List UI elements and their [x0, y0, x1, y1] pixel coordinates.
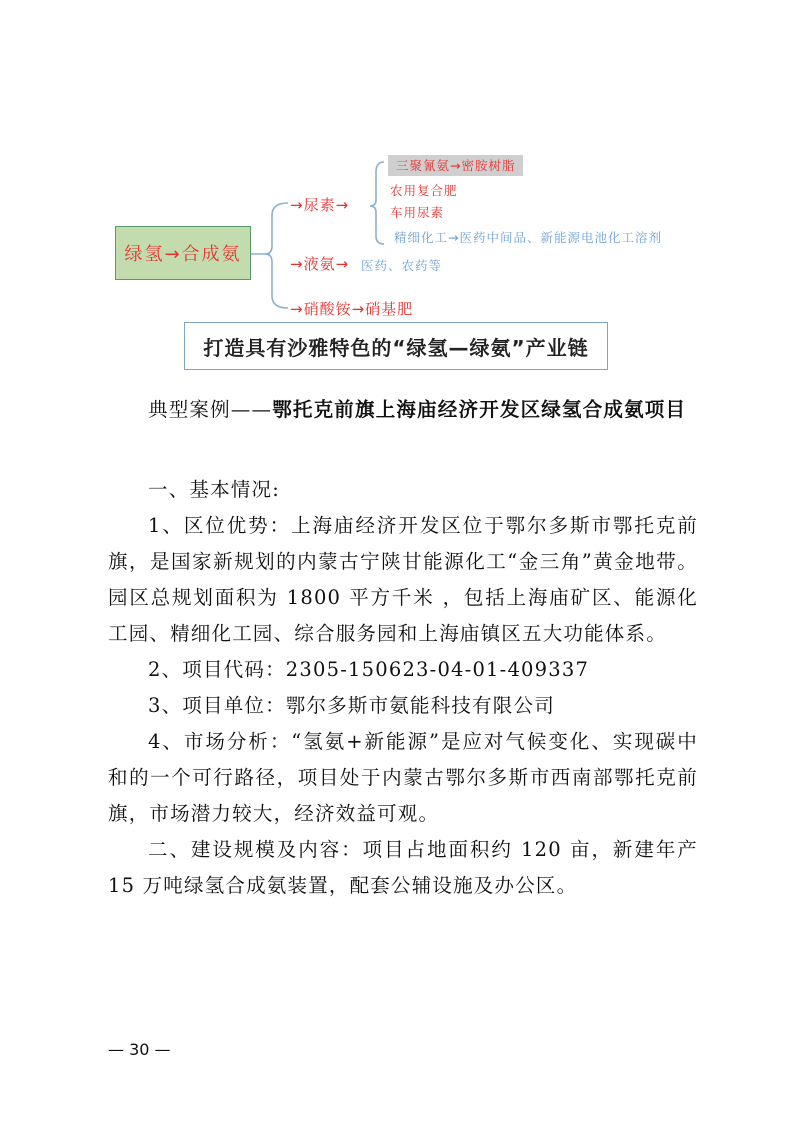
- case-title: 鄂托克前旗上海庙经济开发区绿氢合成氨项目: [272, 398, 686, 421]
- urea-child-melamine: 三聚氰氨→密胺树脂: [388, 155, 523, 176]
- branch-ammonium-nitrate: →硝酸铵→硝基肥: [290, 298, 413, 319]
- branch-liquid-ammonia: →液氨→: [290, 253, 349, 274]
- item-project-code: 2、项目代码：2305-150623-04-01-409337: [108, 652, 698, 688]
- case-heading: 典型案例——鄂托克前旗上海庙经济开发区绿氢合成氨项目: [108, 392, 698, 428]
- item-market-analysis: 4、市场分析：“氢氨+新能源”是应对气候变化、实现碳中和的一个可行路径，项目处于…: [108, 724, 698, 832]
- section-basic-info: 一、基本情况:: [108, 472, 698, 508]
- urea-child-vehicle-urea: 车用尿素: [390, 203, 444, 221]
- slogan-box: 打造具有沙雅特色的“绿氢—绿氨”产业链: [184, 322, 608, 370]
- item-location: 1、区位优势：上海庙经济开发区位于鄂尔多斯市鄂托克前旗，是国家新规划的内蒙古宁陕…: [108, 508, 698, 652]
- root-node: 绿氢→合成氨: [115, 226, 251, 280]
- urea-child-fine-chemicals: 精细化工→医药中间品、新能源电池化工溶剂: [394, 228, 662, 246]
- industry-chain-diagram: 绿氢→合成氨 →尿素→ 三聚氰氨→密胺树脂 农用复合肥 车用尿素 精细化工→医药…: [0, 0, 793, 380]
- page-number: — 30 —: [108, 1040, 171, 1059]
- item-project-unit: 3、项目单位：鄂尔多斯市氨能科技有限公司: [108, 688, 698, 724]
- branch-urea: →尿素→: [290, 194, 349, 215]
- case-prefix: 典型案例——: [148, 398, 272, 421]
- urea-child-compound-fertilizer: 农用复合肥: [390, 181, 458, 199]
- root-node-label: 绿氢→合成氨: [124, 240, 241, 266]
- section-construction: 二、建设规模及内容：项目占地面积约 120 亩，新建年产 15 万吨绿氢合成氨装…: [108, 832, 698, 904]
- slogan-text: 打造具有沙雅特色的“绿氢—绿氨”产业链: [203, 332, 588, 361]
- liquid-ammonia-child: 医药、农药等: [361, 256, 442, 274]
